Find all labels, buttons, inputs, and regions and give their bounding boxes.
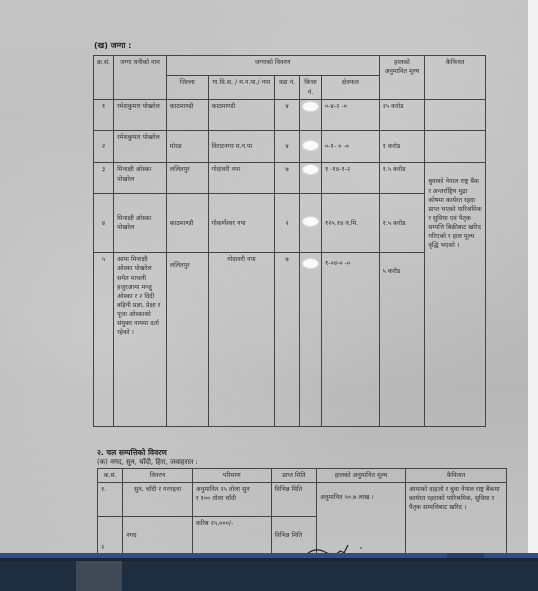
cell-remarks-shared: आमाको दाइजो र बुवा नेपाल राष्ट्र बैंकमा … xyxy=(405,483,506,555)
cell-plot-redacted xyxy=(300,194,322,253)
cell-municipality: गोकर्णेश्वर नपा xyxy=(208,194,275,253)
cell-municipality: काठमाण्डौ xyxy=(208,100,275,131)
cell-owner: रमेशकुमार पोखरेल xyxy=(114,130,167,163)
redaction-mark xyxy=(303,141,318,150)
taskbar-active-button[interactable] xyxy=(76,561,122,591)
cell-plot-redacted xyxy=(300,130,322,163)
redaction-mark xyxy=(303,259,318,268)
cell-ward: ४ xyxy=(275,130,300,163)
cell-remarks-shared: बुवाको नेपाल राष्ट्र बैंक र अन्तर्राष्ट्… xyxy=(425,163,486,427)
redaction-mark xyxy=(303,217,318,226)
cell-ward: ४ xyxy=(275,100,300,131)
header-remarks: कैफियत xyxy=(425,56,486,100)
cell-owner: आमा मिनाक्षी ओस्का पोखरेल समेत माथली हजु… xyxy=(114,253,167,427)
table-row: १. सुन, चाँदी र गरगहना अनुमानित २५ तोला … xyxy=(98,483,507,517)
wealth-section-title: २. चल सम्पत्तिको विवरण xyxy=(97,448,167,458)
header-land-details: जग्गाको विवरण xyxy=(166,56,379,76)
cell-sn: ५ xyxy=(94,253,114,427)
wealth-table: क.सं. विवरण परिमाण प्राप्त मिति हालको अन… xyxy=(97,468,507,555)
header-plot: कित्ता नं. xyxy=(300,76,322,100)
cell-district: ललितपुर xyxy=(166,253,208,427)
cell-district: काठमाण्डौ xyxy=(166,194,208,253)
header-remarks: कैफियत xyxy=(405,469,506,483)
header-ward: वडा नं. xyxy=(275,76,300,100)
cell-sn: २ xyxy=(94,130,114,163)
header-sn: क.सं. xyxy=(98,469,123,483)
header-owner: जग्गा धनीको नाम xyxy=(114,56,167,100)
header-district: जिल्ला xyxy=(166,76,208,100)
header-sn: क्र.सं. xyxy=(94,56,114,100)
cell-quantity: करिब २५,०००/- xyxy=(192,517,271,555)
header-municipality: गा.वि.स. / म.न.पा./ नपा xyxy=(208,76,275,100)
cell-sn: १ xyxy=(94,100,114,131)
cell-ward: ७ xyxy=(275,163,300,194)
header-quantity: परिमाण xyxy=(192,469,271,483)
header-area: क्षेत्रफल xyxy=(322,76,380,100)
cell-remarks xyxy=(425,130,486,163)
cell-plot-redacted xyxy=(300,163,322,194)
scanned-document-page: (ख) जग्गा : क्र.सं. जग्गा धनीको नाम जग्ग… xyxy=(0,0,528,553)
cell-remarks xyxy=(425,100,486,131)
cell-value: १.५ करोड xyxy=(379,194,425,253)
header-description: विवरण xyxy=(123,469,193,483)
cell-municipality: गोदावरी नपा xyxy=(208,163,275,194)
table-row: १ रमेशकुमार पोखरेल काठमाण्डौ काठमाण्डौ ४… xyxy=(94,100,486,131)
cell-value: १ करोड xyxy=(379,130,425,163)
cell-sn: १. xyxy=(98,483,123,517)
cell-area: ०-१- ० -० xyxy=(322,130,380,163)
cell-description: सुन, चाँदी र गरगहना xyxy=(123,483,193,517)
page-edge xyxy=(528,0,538,553)
wealth-section-subtitle: (क) नगद, सुन, चाँदी, हिरा, जवाहरात : xyxy=(97,458,198,467)
table-row: ३ मिनाक्षी ओस्का पोखरेल ललितपुर गोदावरी … xyxy=(94,163,486,194)
cell-district: ललितपुर xyxy=(166,163,208,194)
table-row: २ रमेशकुमार पोखरेल मोरङ विराटनगर म.न.पा … xyxy=(94,130,486,163)
land-section-title: (ख) जग्गा : xyxy=(94,40,131,51)
cell-value: २५ करोड xyxy=(379,100,425,131)
cell-municipality: विराटनगर म.न.पा xyxy=(208,130,275,163)
cell-ward: २ xyxy=(275,194,300,253)
cell-plot-redacted xyxy=(300,100,322,131)
taskbar xyxy=(0,553,538,591)
cell-area: ०-४-२ -० xyxy=(322,100,380,131)
cell-owner: मिनाक्षी ओस्का पोखरेल xyxy=(114,194,167,253)
cell-sn: ४ xyxy=(94,194,114,253)
cell-district: काठमाण्डौ xyxy=(166,100,208,131)
cell-area: १ -१४-१-२ xyxy=(322,163,380,194)
header-value: हालको अनुमानित मूल्य xyxy=(317,469,406,483)
land-table: क्र.सं. जग्गा धनीको नाम जग्गाको विवरण हा… xyxy=(93,55,486,427)
cell-ward: ७ xyxy=(275,253,300,427)
redaction-mark xyxy=(303,102,318,111)
cell-value: १.५ करोड xyxy=(379,163,425,194)
cell-quantity: अनुमानित २५ तोला सुन र १०० तोला चाँदी xyxy=(192,483,271,517)
cell-municipality: गोदावरी नपा xyxy=(208,253,275,427)
cell-area: १२५.१४ व.मि. xyxy=(322,194,380,253)
header-value: हालको अनुमानित मूल्य xyxy=(379,56,425,100)
header-acquired-date: प्राप्त मिति xyxy=(271,469,316,483)
cell-owner: रमेशकुमार पोखरेल xyxy=(114,100,167,131)
cell-sn: २ xyxy=(98,517,123,555)
cell-district: मोरङ xyxy=(166,130,208,163)
cell-acquired-date: विभिन्न मिति xyxy=(271,483,316,517)
cell-area: १-०४-० -० xyxy=(322,253,380,427)
cell-value: अनुमानित ५०.७ लाख । xyxy=(317,483,406,555)
cell-value: ५ करोड xyxy=(379,253,425,427)
cell-sn: ३ xyxy=(94,163,114,194)
cell-plot-redacted xyxy=(300,253,322,427)
redaction-mark xyxy=(303,165,318,174)
cell-owner: मिनाक्षी ओस्का पोखरेल xyxy=(114,163,167,194)
cell-description: नगद xyxy=(123,517,193,555)
